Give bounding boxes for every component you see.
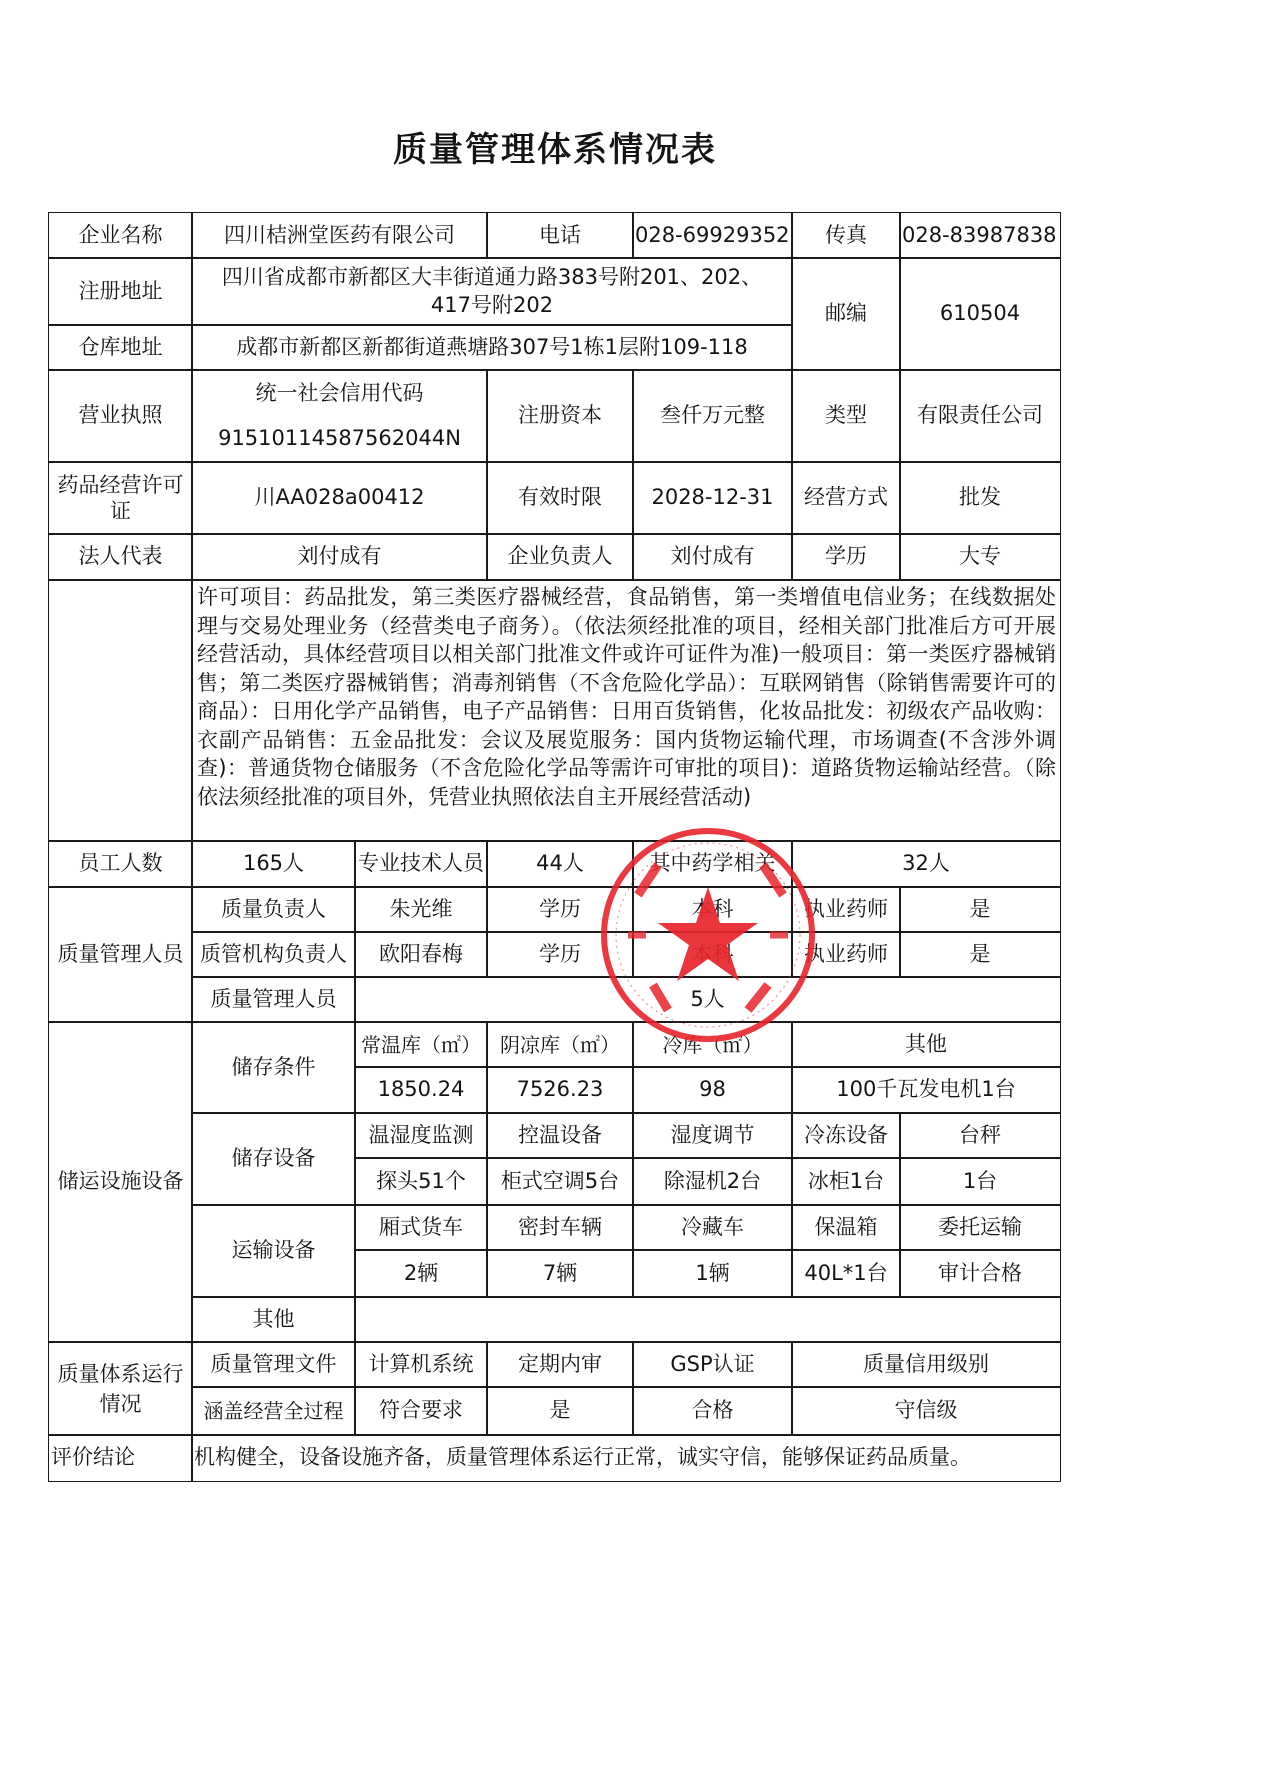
qs-value: 是 xyxy=(486,1386,634,1436)
storage-cond-value: 1850.24 xyxy=(354,1066,488,1114)
storage-cond-value: 98 xyxy=(632,1066,793,1114)
mode-label: 经营方式 xyxy=(791,461,901,535)
qs-header: 计算机系统 xyxy=(354,1341,488,1388)
qm-role: 质量负责人 xyxy=(191,886,356,933)
transport-header: 委托运输 xyxy=(899,1204,1061,1251)
qm-label: 质量管理人员 xyxy=(48,886,193,1023)
pharm-staff-count: 32人 xyxy=(791,840,1061,888)
qs-header: 质量信用级别 xyxy=(791,1341,1061,1388)
fax-value: 028-83987838 xyxy=(899,212,1061,259)
transport-value: 2辆 xyxy=(354,1249,488,1298)
type-value: 有限责任公司 xyxy=(899,369,1061,463)
storage-eq-value: 探头51个 xyxy=(354,1157,488,1206)
transport-label: 运输设备 xyxy=(191,1204,356,1298)
qm-pharmacist-label: 执业药师 xyxy=(791,886,901,933)
transport-value: 7辆 xyxy=(486,1249,634,1298)
principal-value: 刘付成有 xyxy=(632,533,793,581)
transport-header: 厢式货车 xyxy=(354,1204,488,1251)
qm-name: 朱光维 xyxy=(354,886,488,933)
facilities-label: 储运设施设备 xyxy=(48,1021,193,1343)
legal-rep-label: 法人代表 xyxy=(48,533,193,581)
facilities-other-value xyxy=(354,1296,1061,1343)
capital-label: 注册资本 xyxy=(486,369,634,463)
mode-value: 批发 xyxy=(899,461,1061,535)
phone-label: 电话 xyxy=(486,212,634,259)
transport-value: 40L*1台 xyxy=(791,1249,901,1298)
storage-eq-header: 湿度调节 xyxy=(632,1112,793,1159)
storage-cond-header: 阴凉库（㎡） xyxy=(486,1021,634,1068)
qm-edu-label: 学历 xyxy=(486,886,634,933)
qm-pharmacist-label: 执业药师 xyxy=(791,931,901,978)
transport-header: 保温箱 xyxy=(791,1204,901,1251)
qs-value: 合格 xyxy=(632,1386,793,1436)
qs-value: 涵盖经营全过程 xyxy=(191,1386,356,1436)
validity-label: 有效时限 xyxy=(486,461,634,535)
transport-value: 1辆 xyxy=(632,1249,793,1298)
qs-header: 质量管理文件 xyxy=(191,1341,356,1388)
type-label: 类型 xyxy=(791,369,901,463)
qs-value: 守信级 xyxy=(791,1386,1061,1436)
warehouse-label: 仓库地址 xyxy=(48,324,193,371)
facilities-other-label: 其他 xyxy=(191,1296,356,1343)
transport-header: 冷藏车 xyxy=(632,1204,793,1251)
qs-header: 定期内审 xyxy=(486,1341,634,1388)
storage-cond-label: 储存条件 xyxy=(191,1021,356,1114)
qm-pharmacist: 是 xyxy=(899,886,1061,933)
validity-value: 2028-12-31 xyxy=(632,461,793,535)
conclusion-text: 机构健全，设备设施齐备，质量管理体系运行正常，诚实守信，能够保证药品质量。 xyxy=(191,1434,1061,1482)
storage-cond-header: 冷库（㎡） xyxy=(632,1021,793,1068)
capital-value: 叁仟万元整 xyxy=(632,369,793,463)
storage-cond-value: 100千瓦发电机1台 xyxy=(791,1066,1061,1114)
qm-edu: 本科 xyxy=(632,886,793,933)
staff-count-label: 员工人数 xyxy=(48,840,193,888)
storage-eq-header: 台秤 xyxy=(899,1112,1061,1159)
transport-header: 密封车辆 xyxy=(486,1204,634,1251)
qm-edu: 本科 xyxy=(632,931,793,978)
license-label: 营业执照 xyxy=(48,369,193,463)
credit-code: 91510114587562044N xyxy=(218,425,461,452)
tech-staff-label: 专业技术人员 xyxy=(354,840,488,888)
transport-value: 审计合格 xyxy=(899,1249,1061,1298)
qm-role: 质管机构负责人 xyxy=(191,931,356,978)
drug-permit-label: 药品经营许可证 xyxy=(48,461,193,535)
storage-eq-value: 冰柜1台 xyxy=(791,1157,901,1206)
company-name-label: 企业名称 xyxy=(48,212,193,259)
postcode-value: 610504 xyxy=(899,257,1061,371)
storage-eq-label: 储存设备 xyxy=(191,1112,356,1206)
drug-permit-value: 川AA028a00412 xyxy=(191,461,488,535)
company-name: 四川桔洲堂医药有限公司 xyxy=(191,212,488,259)
storage-eq-value: 除湿机2台 xyxy=(632,1157,793,1206)
edu-value: 大专 xyxy=(899,533,1061,581)
business-scope: 许可项目：药品批发，第三类医疗器械经营，食品销售，第一类增值电信业务；在线数据处… xyxy=(191,579,1061,842)
reg-address-line2: 417号附202 xyxy=(431,292,553,319)
staff-count: 165人 xyxy=(191,840,356,888)
phone-value: 028-69929352 xyxy=(632,212,793,259)
fax-label: 传真 xyxy=(791,212,901,259)
qm-name: 欧阳春梅 xyxy=(354,931,488,978)
conclusion-label: 评价结论 xyxy=(48,1434,193,1482)
qm-staff-count: 5人 xyxy=(354,976,1061,1023)
tech-staff-count: 44人 xyxy=(486,840,634,888)
edu-label: 学历 xyxy=(791,533,901,581)
storage-eq-header: 冷冻设备 xyxy=(791,1112,901,1159)
storage-eq-value: 柜式空调5台 xyxy=(486,1157,634,1206)
storage-cond-value: 7526.23 xyxy=(486,1066,634,1114)
pharm-staff-label: 其中药学相关 xyxy=(632,840,793,888)
storage-eq-header: 控温设备 xyxy=(486,1112,634,1159)
storage-cond-header: 其他 xyxy=(791,1021,1061,1068)
postcode-label: 邮编 xyxy=(791,257,901,371)
qs-value: 符合要求 xyxy=(354,1386,488,1436)
warehouse-address: 成都市新都区新都街道燕塘路307号1栋1层附109-118 xyxy=(191,324,793,371)
qm-staff-label: 质量管理人员 xyxy=(191,976,356,1023)
qm-edu-label: 学历 xyxy=(486,931,634,978)
reg-address-line1: 四川省成都市新都区大丰街道通力路383号附201、202、 xyxy=(222,264,762,291)
storage-eq-header: 温湿度监测 xyxy=(354,1112,488,1159)
qm-pharmacist: 是 xyxy=(899,931,1061,978)
reg-address-label: 注册地址 xyxy=(48,257,193,326)
scope-label xyxy=(48,579,193,842)
credit-code-label: 统一社会信用代码 xyxy=(256,380,424,407)
qs-header: GSP认证 xyxy=(632,1341,793,1388)
reg-address: 四川省成都市新都区大丰街道通力路383号附201、202、 417号附202 xyxy=(191,257,793,326)
qs-label: 质量体系运行情况 xyxy=(48,1341,193,1436)
page-title: 质量管理体系情况表 xyxy=(0,122,1110,171)
credit-code-cell: 统一社会信用代码 91510114587562044N xyxy=(191,369,488,463)
legal-rep-value: 刘付成有 xyxy=(191,533,488,581)
storage-cond-header: 常温库（㎡） xyxy=(354,1021,488,1068)
principal-label: 企业负责人 xyxy=(486,533,634,581)
storage-eq-value: 1台 xyxy=(899,1157,1061,1206)
